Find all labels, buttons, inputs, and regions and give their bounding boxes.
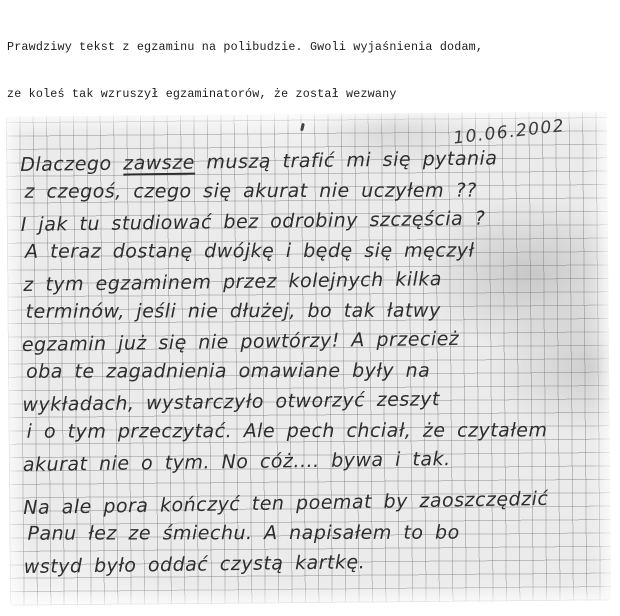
handwritten-line: Dlaczego zawsze muszą trafić mi się pyta… [20,142,595,180]
handwritten-line: z czegoś, czego się akurat nie uczyłem ?… [20,175,595,207]
intro-line: ze koleś tak wzruszył egzaminatorów, że … [7,87,483,103]
handwritten-line: I jak tu studiować bez odrobiny szczęści… [21,202,596,240]
page: Prawdziwy tekst z egzaminu na polibudzie… [0,0,620,616]
handwritten-text: Dlaczego [20,153,123,176]
intro-line: Prawdziwy tekst z egzaminu na polibudzie… [7,40,483,56]
handwritten-line: wykładach, wystarczyło otworzyć zeszyt [22,382,597,420]
handwritten-line: terminów, jeśli nie dłużej, bo tak łatwy [22,295,597,327]
handwritten-line: wstyd było oddać czystą kartkę. [24,544,599,582]
handwritten-line: egzamin już się nie powtórzy! A przecież [22,322,597,360]
handwritten-line: i o tym przeczytać. Ale pech chciał, że … [23,415,598,447]
handwritten-line: oba te zagadnienia omawiane były na [22,355,597,387]
handwritten-line: akurat nie o tym. No cóż.... bywa i tak. [23,442,598,480]
underlined-word: zawsze [123,152,195,175]
handwritten-paragraph-2: Na ale pora kończyć ten poemat by zaoszc… [23,485,599,580]
handwritten-line: Panu łez ze śmiechu. A napisałem to bo [23,517,598,549]
scanned-exam-sheet: 10.06.2002 Dlaczego zawsze muszą trafić … [6,111,611,605]
handwritten-line: A teraz dostanę dwójkę i będę się męczył [21,235,596,267]
ink-mark [300,123,305,131]
handwritten-paragraph-1: Dlaczego zawsze muszą trafić mi się pyta… [20,143,599,580]
handwritten-line: z tym egzaminem przez kolejnych kilka [21,262,596,300]
handwritten-text: muszą trafić mi się pytania [195,147,498,173]
